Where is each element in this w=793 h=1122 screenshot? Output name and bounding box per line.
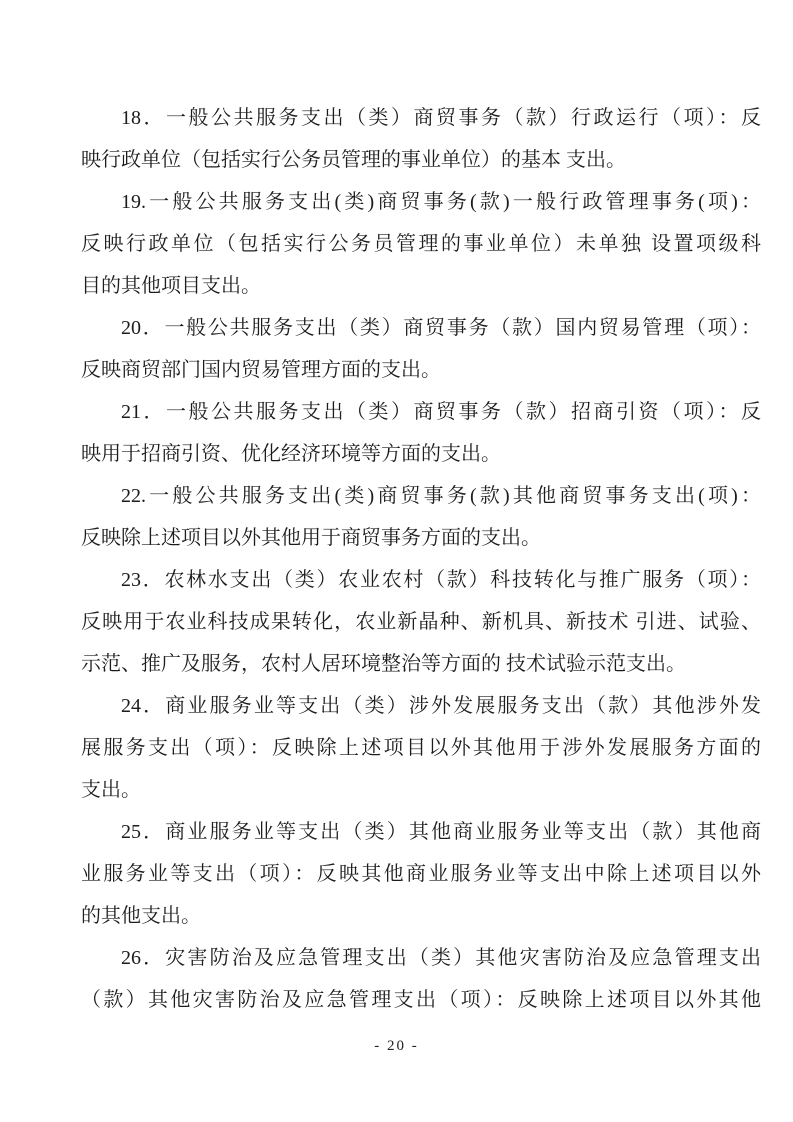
para-26-line-1: 26．灾害防治及应急管理支出（类）其他灾害防治及应急管理支出 [81, 937, 761, 979]
para-24-line-3: 支出。 [81, 769, 761, 811]
para-18-line-1: 18．一般公共服务支出（类）商贸事务（款）行政运行（项）：反 [81, 97, 761, 139]
paragraph-25: 25．商业服务业等支出（类）其他商业服务业等支出（款）其他商 业服务业等支出（项… [81, 811, 761, 937]
paragraph-18: 18．一般公共服务支出（类）商贸事务（款）行政运行（项）：反 映行政单位（包括实… [81, 97, 761, 181]
paragraph-19: 19.一般公共服务支出(类)商贸事务(款)一般行政管理事务(项)： 反映行政单位… [81, 181, 761, 307]
paragraph-21: 21．一般公共服务支出（类）商贸事务（款）招商引资（项）：反 映用于招商引资、优… [81, 391, 761, 475]
para-24-line-2: 展服务支出（项）：反映除上述项目以外其他用于涉外发展服务方面的 [81, 727, 761, 769]
page-footer: - 20 - [0, 1031, 793, 1061]
para-20-line-1: 20．一般公共服务支出（类）商贸事务（款）国内贸易管理（项）： [81, 307, 761, 349]
para-20-line-2: 反映商贸部门国内贸易管理方面的支出。 [81, 349, 761, 391]
para-23-line-3: 示范、推广及服务，农村人居环境整治等方面的 技术试验示范支出。 [81, 643, 761, 685]
para-25-line-2: 业服务业等支出（项）：反映其他商业服务业等支出中除上述项目以外 [81, 853, 761, 895]
paragraph-20: 20．一般公共服务支出（类）商贸事务（款）国内贸易管理（项）： 反映商贸部门国内… [81, 307, 761, 391]
para-22-line-2: 反映除上述项目以外其他用于商贸事务方面的支出。 [81, 517, 761, 559]
paragraph-22: 22.一般公共服务支出(类)商贸事务(款)其他商贸事务支出(项)： 反映除上述项… [81, 475, 761, 559]
para-23-line-2: 反映用于农业科技成果转化，农业新晶种、新机具、新技术 引进、试验、 [81, 601, 761, 643]
para-21-line-1: 21．一般公共服务支出（类）商贸事务（款）招商引资（项）：反 [81, 391, 761, 433]
text-content: 18．一般公共服务支出（类）商贸事务（款）行政运行（项）：反 映行政单位（包括实… [81, 97, 761, 1021]
document-page: 18．一般公共服务支出（类）商贸事务（款）行政运行（项）：反 映行政单位（包括实… [0, 0, 793, 1122]
para-26-line-2: （款）其他灾害防治及应急管理支出（项）：反映除上述项目以外其他 [81, 979, 761, 1021]
para-25-line-1: 25．商业服务业等支出（类）其他商业服务业等支出（款）其他商 [81, 811, 761, 853]
para-21-line-2: 映用于招商引资、优化经济环境等方面的支出。 [81, 433, 761, 475]
para-24-line-1: 24．商业服务业等支出（类）涉外发展服务支出（款）其他涉外发 [81, 685, 761, 727]
para-18-line-2: 映行政单位（包括实行公务员管理的事业单位）的基本 支出。 [81, 139, 761, 181]
para-19-line-1: 19.一般公共服务支出(类)商贸事务(款)一般行政管理事务(项)： [81, 181, 761, 223]
page-number: - 20 - [374, 1038, 419, 1054]
paragraph-23: 23．农林水支出（类）农业农村（款）科技转化与推广服务（项）： 反映用于农业科技… [81, 559, 761, 685]
paragraph-26: 26．灾害防治及应急管理支出（类）其他灾害防治及应急管理支出 （款）其他灾害防治… [81, 937, 761, 1021]
para-23-line-1: 23．农林水支出（类）农业农村（款）科技转化与推广服务（项）： [81, 559, 761, 601]
para-22-line-1: 22.一般公共服务支出(类)商贸事务(款)其他商贸事务支出(项)： [81, 475, 761, 517]
para-25-line-3: 的其他支出。 [81, 895, 761, 937]
para-19-line-2: 反映行政单位（包括实行公务员管理的事业单位）未单独 设置项级科 [81, 223, 761, 265]
paragraph-24: 24．商业服务业等支出（类）涉外发展服务支出（款）其他涉外发 展服务支出（项）：… [81, 685, 761, 811]
para-19-line-3: 目的其他项目支出。 [81, 265, 761, 307]
